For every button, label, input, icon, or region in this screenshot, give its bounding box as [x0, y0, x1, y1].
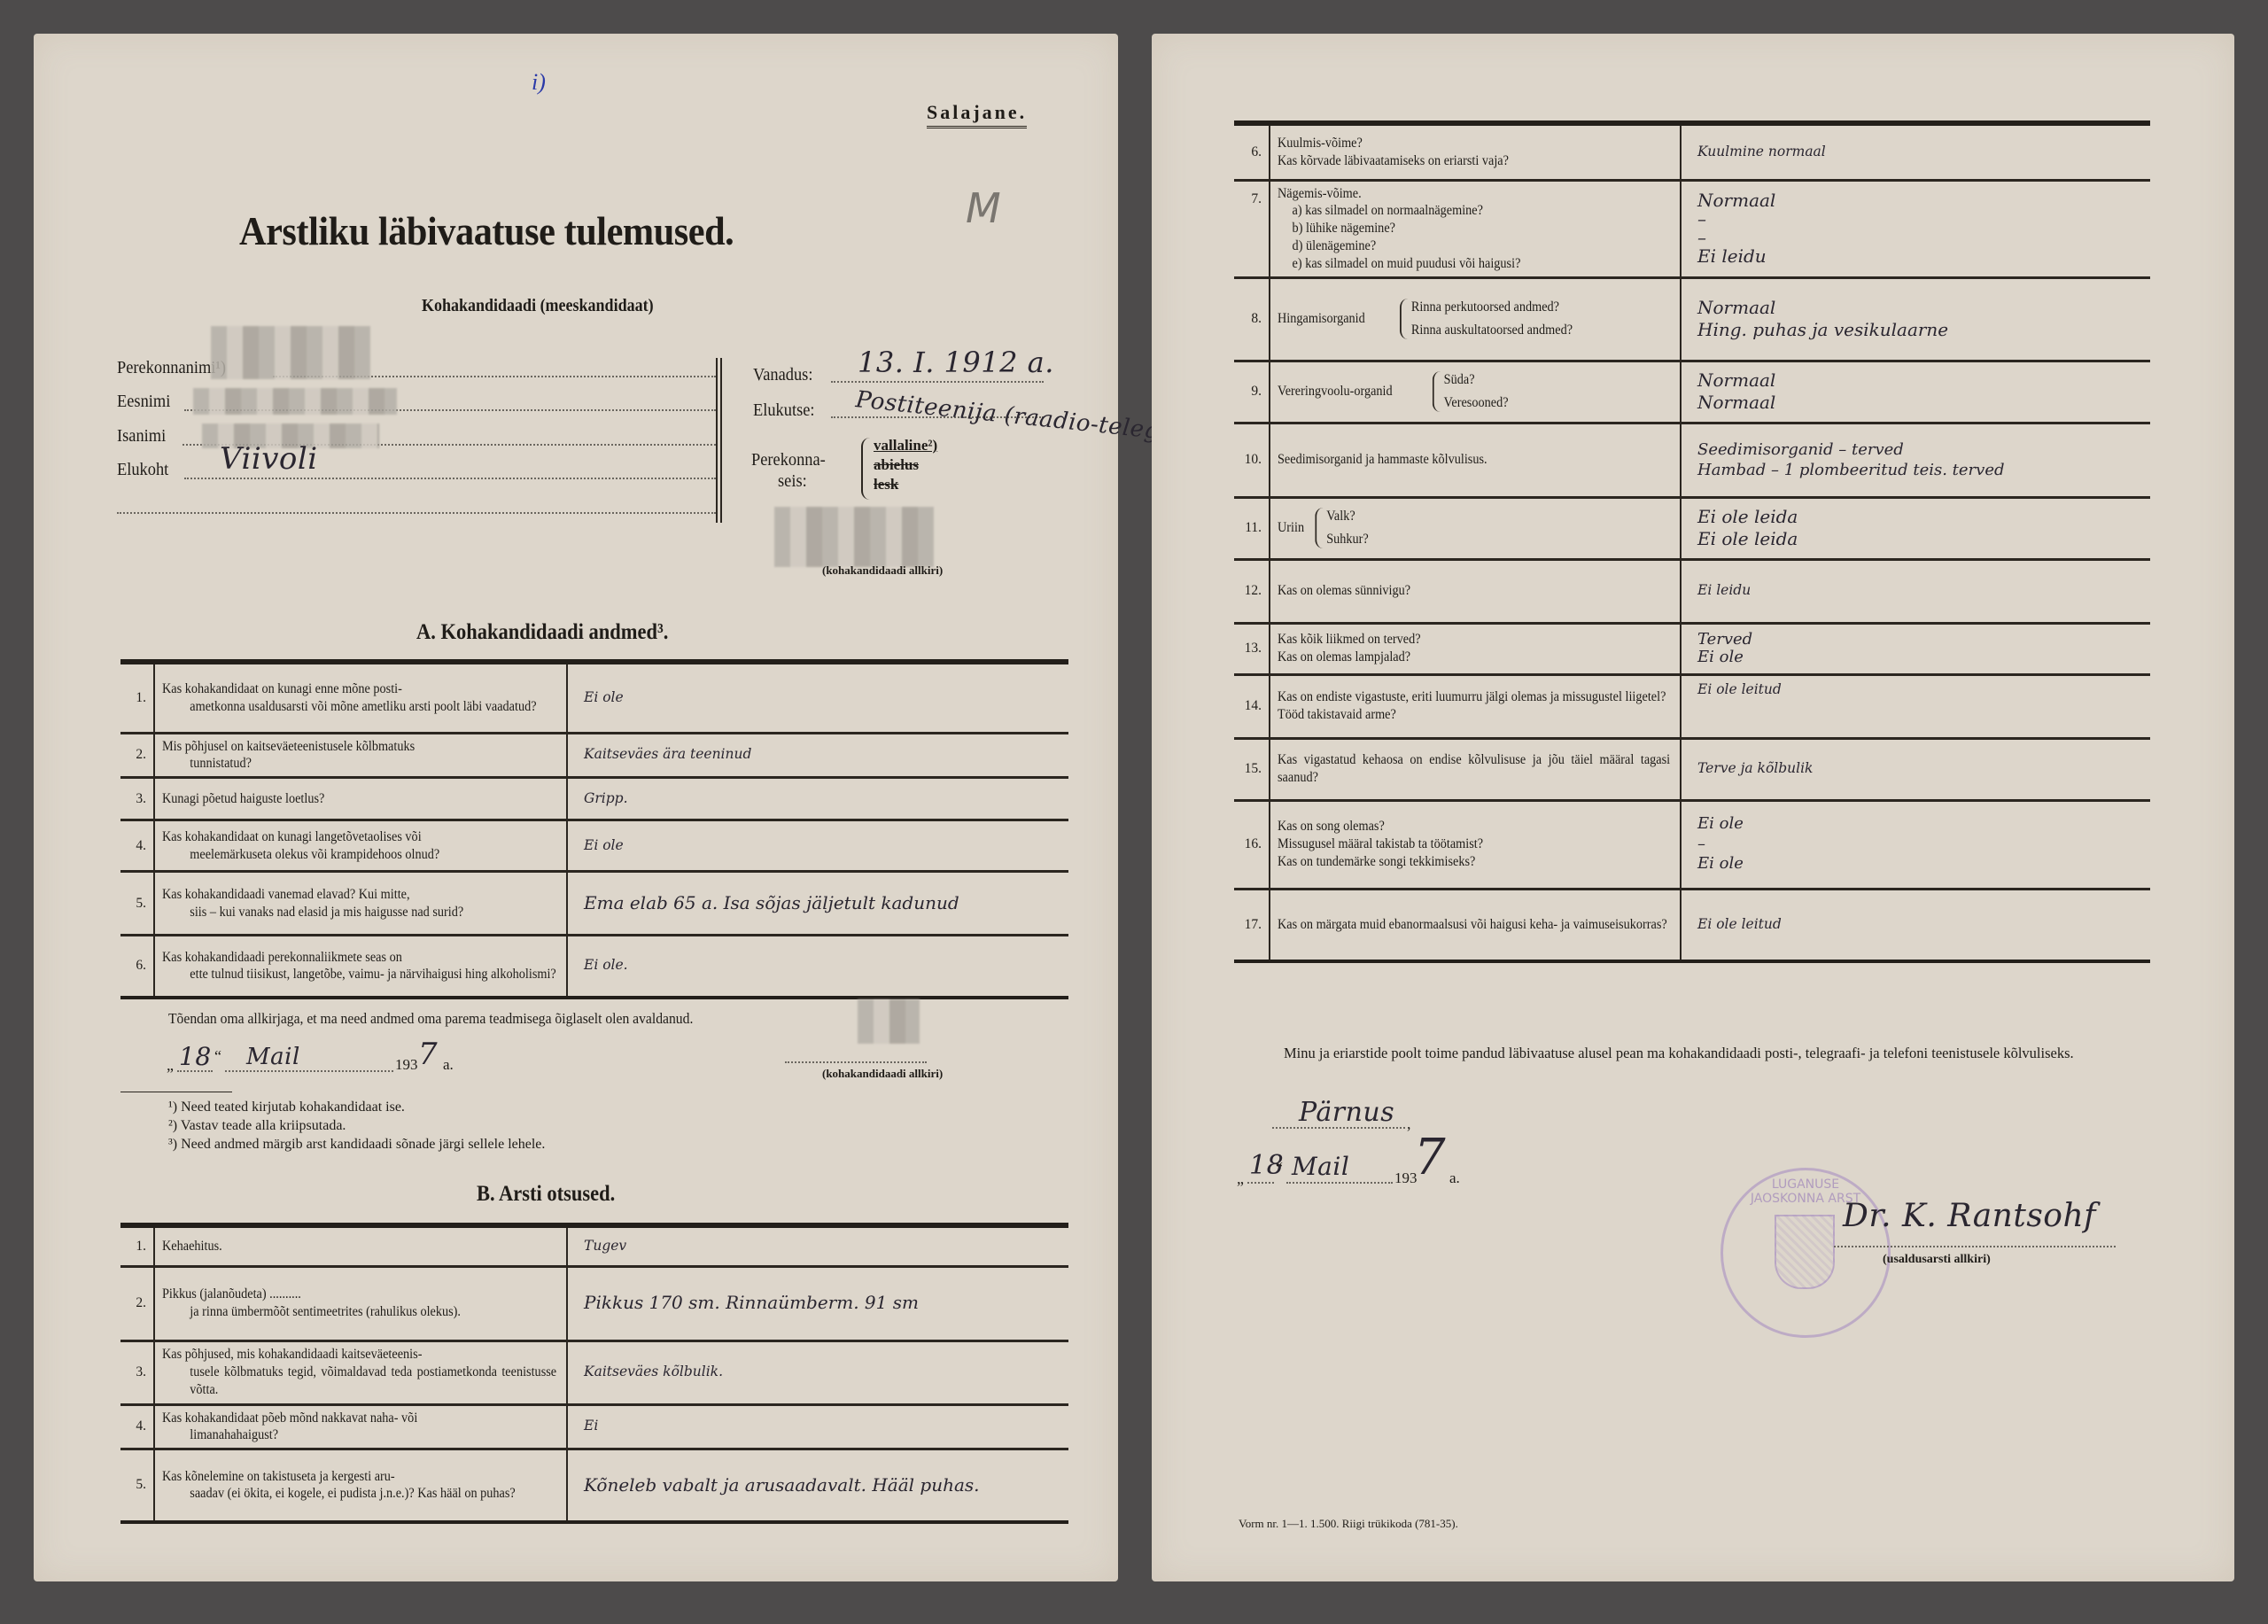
question-text: Nägemis-võime.: [1278, 185, 1670, 203]
row-number: 4.: [120, 820, 154, 872]
table-row: 1. Kas kohakandidaat on kunagi enne mõne…: [120, 662, 1068, 733]
question-text: Kas on tundemärke songi tekkimiseks?: [1278, 853, 1670, 871]
table-row: 16. Kas on song olemas? Missugusel määra…: [1234, 800, 2150, 889]
table-row: 2. Mis põhjusel on kaitseväeteenistusele…: [120, 733, 1068, 778]
residence-value: Viivoli: [220, 441, 318, 477]
table-row: 10. Seedimisorganid ja hammaste kõlvulis…: [1234, 423, 2150, 497]
question-text: Rinna perkutoorsed andmed?: [1411, 299, 1573, 316]
page-title: Arstliku läbivaatuse tulemused.: [239, 207, 734, 254]
date-suffix: a.: [443, 1056, 454, 1074]
row-number: 10.: [1234, 423, 1270, 497]
question-text: Kas on olemas lampjalad?: [1278, 649, 1670, 666]
doctor-signature: Dr. K. Rantsohf: [1843, 1198, 2096, 1234]
footnote-2: ²) Vastav teade alla kriipsutada.: [168, 1117, 545, 1136]
date-year-hand: 7: [1414, 1129, 1446, 1186]
question-text: Kunagi põetud haiguste loetlus?: [162, 791, 324, 806]
row-number: 3.: [120, 1340, 154, 1404]
question-text: Tööd takistavaid arme?: [1278, 706, 1670, 724]
answer-field[interactable]: Kaitseväes kõlbulik.: [567, 1340, 1068, 1404]
answer-field[interactable]: Kaitseväes ära teeninud: [567, 733, 1068, 778]
answer-field[interactable]: Terved: [1697, 631, 2143, 649]
place-value: Pärnus: [1299, 1097, 1394, 1128]
answer-field[interactable]: Ei ole.: [567, 936, 1068, 998]
answer-field[interactable]: Ei ole leida: [1697, 528, 2143, 551]
question-text-cont: tunnistatud?: [162, 755, 556, 773]
row-number: 11.: [1234, 497, 1270, 559]
question-text: Kas vigastatud kehaosa on endise kõlvuli…: [1278, 751, 1670, 787]
firstname-label: Eesnimi: [117, 392, 170, 412]
question-text: Kas põhjused, mis kohakandidaadi kaitsev…: [162, 1347, 422, 1362]
row-number: 7.: [1234, 180, 1270, 277]
table-row: 3. Kas põhjused, mis kohakandidaadi kait…: [120, 1340, 1068, 1404]
age-label: Vanadus:: [753, 365, 812, 385]
official-stamp: LUGANUSE JAOSKONNA ARST: [1720, 1168, 1891, 1338]
question-text-cont: meelemärkuseta olekus või krampidehoos o…: [162, 846, 556, 864]
fathersname-label: Isanimi: [117, 426, 166, 447]
question-text: Seedimisorganid ja hammaste kõlvulisus.: [1278, 451, 1670, 469]
marital-option-single[interactable]: vallaline²): [874, 436, 937, 455]
table-row: 1. Kehaehitus. Tugev: [120, 1225, 1068, 1266]
question-text: Valk?: [1326, 508, 1369, 525]
table-row: 5. Kas kõnelemine on takistuseta ja kerg…: [120, 1449, 1068, 1522]
footnote-3: ³) Need andmed märgib arst kandidaadi sõ…: [168, 1136, 545, 1154]
question-text: Kas on song olemas?: [1278, 818, 1670, 835]
blue-ink-mark: i): [532, 69, 546, 96]
question-text: Kas on endiste vigastuste, eriti luumurr…: [1278, 688, 1670, 706]
table-row: 4. Kas kohakandidaat on kunagi langetõve…: [120, 820, 1068, 872]
question-text: Pikkus (jalanõudeta) ..........: [162, 1286, 301, 1302]
marital-options: vallaline²) abielus lesk: [874, 436, 937, 494]
extra-line: [117, 512, 716, 514]
residence-label: Elukoht: [117, 460, 168, 480]
table-row: 7. Nägemis-võime. a) kas silmadel on nor…: [1234, 180, 2150, 277]
marital-option-widowed[interactable]: lesk: [874, 475, 937, 494]
table-row: 17. Kas on märgata muid ebanormaalsusi v…: [1234, 889, 2150, 961]
redacted-signature: [774, 507, 934, 567]
answer-field[interactable]: Normaal: [1697, 297, 2143, 320]
row-number: 13.: [1234, 623, 1270, 674]
table-row: 15. Kas vigastatud kehaosa on endise kõl…: [1234, 738, 2150, 800]
answer-field[interactable]: Ei ole: [1697, 854, 2143, 874]
answer-field[interactable]: –: [1697, 229, 2143, 247]
answer-field[interactable]: Ei: [567, 1404, 1068, 1449]
table-row: 13. Kas kõik liikmed on terved? Kas on o…: [1234, 623, 2150, 674]
table-row: 9. Vereringvoolu-organid Süda? Veresoone…: [1234, 361, 2150, 423]
question-text: Mis põhjusel on kaitseväeteenistusele kõ…: [162, 739, 415, 754]
question-text: Kas kõnelemine on takistuseta ja kergest…: [162, 1469, 395, 1484]
row-number: 9.: [1234, 361, 1270, 423]
question-text: Kas on märgata muid ebanormaalsusi või h…: [1278, 916, 1670, 934]
row-number: 3.: [120, 778, 154, 820]
answer-field[interactable]: Normaal: [1697, 191, 2143, 210]
table-row: 3. Kunagi põetud haiguste loetlus? Gripp…: [120, 778, 1068, 820]
occupation-label: Elukutse:: [753, 400, 815, 421]
redacted-firstname: [193, 388, 397, 415]
question-text: Suhkur?: [1326, 531, 1369, 548]
question-text-cont: saadav (ei ökita, ei kogele, ei pudista …: [162, 1485, 556, 1503]
question-text: Kas on olemas sünnivigu?: [1278, 582, 1670, 600]
row-number: 1.: [120, 1225, 154, 1266]
answer-field[interactable]: Terve ja kõlbulik: [1681, 738, 2150, 800]
section-a-table: 1. Kas kohakandidaat on kunagi enne mõne…: [120, 659, 1068, 999]
row-number: 14.: [1234, 674, 1270, 738]
residence-field: [184, 478, 716, 479]
group-label: Uriin: [1278, 519, 1315, 537]
question-text: Süda?: [1444, 371, 1509, 389]
pencil-mark: M: [966, 184, 1001, 232]
answer-field[interactable]: Ei ole: [1697, 649, 2143, 666]
candidate-signature-caption-2: (kohakandidaadi allkiri): [822, 1067, 943, 1081]
signature-line: [785, 1061, 927, 1063]
date-month: Mail: [246, 1044, 300, 1070]
row-number: 8.: [1234, 277, 1270, 361]
redacted-signature-2: [858, 999, 920, 1044]
group-label: Hingamisorganid: [1278, 310, 1400, 328]
table-row: 11. Uriin Valk? Suhkur? Ei ole leida Ei …: [1234, 497, 2150, 559]
question-text: Kas kohakandidaat põeb mõnd nakkavat nah…: [162, 1410, 417, 1426]
row-number: 1.: [120, 662, 154, 733]
footnote-rule: [120, 1092, 232, 1092]
answer-field[interactable]: Ei ole leitud: [1681, 889, 2150, 961]
question-text-cont: tusele kõlbmatuks tegid, võimaldavad ted…: [162, 1364, 556, 1399]
row-number: 6.: [1234, 123, 1270, 180]
table-row: 2. Pikkus (jalanõudeta) ..........ja rin…: [120, 1266, 1068, 1340]
right-page: 6. Kuulmis-võime? Kas kõrvade läbivaatam…: [1152, 34, 2234, 1581]
classification-label: Salajane.: [927, 101, 1027, 128]
row-number: 5.: [120, 872, 154, 936]
table-row: 8. Hingamisorganid Rinna perkutoorsed an…: [1234, 277, 2150, 361]
declaration-date: „ 18 “ Mail 193 7 a.: [167, 1047, 441, 1074]
page-subtitle: Kohakandidaadi (meeskandidaat): [422, 296, 654, 316]
brace: [861, 438, 870, 500]
row-number: 6.: [120, 936, 154, 998]
redacted-surname: [211, 326, 370, 379]
answer-field[interactable]: Seedimisorganid – terved: [1697, 439, 2143, 460]
row-number: 4.: [120, 1404, 154, 1449]
answer-field[interactable]: –: [1697, 835, 2143, 855]
date-suffix: a.: [1449, 1169, 1460, 1187]
section-a-heading: A. Kohakandidaadi andmed³.: [416, 620, 668, 645]
table-row: 4. Kas kohakandidaat põeb mõnd nakkavat …: [120, 1404, 1068, 1449]
question-text: d) ülenägemine?: [1278, 237, 1670, 255]
coat-of-arms-icon: [1775, 1215, 1835, 1289]
field-divider: [716, 358, 718, 523]
question-text-cont: limanahahaigust?: [162, 1426, 556, 1444]
table-row: 5. Kas kohakandidaadi vanemad elavad? Ku…: [120, 872, 1068, 936]
doctor-signature-line: [1834, 1246, 2116, 1247]
answer-field[interactable]: Gripp.: [567, 778, 1068, 820]
left-page: i) Salajane. M Arstliku läbivaatuse tule…: [34, 34, 1118, 1581]
footnotes: ¹) Need teated kirjutab kohakandidaat is…: [168, 1099, 545, 1154]
question-text-cont: ametkonna usaldusarsti või mõne ametliku…: [162, 698, 556, 716]
date-year-hand: 7: [418, 1037, 438, 1072]
candidate-signature-caption: (kohakandidaadi allkiri): [822, 563, 943, 578]
table-row: 6. Kas kohakandidaadi perekonnaliikmete …: [120, 936, 1068, 998]
answer-field[interactable]: Hing. puhas ja vesikulaarne: [1697, 319, 2143, 342]
question-text: Kehaehitus.: [162, 1239, 222, 1254]
answer-field[interactable]: Normaal: [1697, 369, 2143, 392]
question-text-cont: siis – kui vanaks nad elasid ja mis haig…: [162, 904, 556, 921]
question-text: Kas kohakandidaat on kunagi langetõvetao…: [162, 829, 422, 844]
answer-field[interactable]: Ei ole: [567, 820, 1068, 872]
question-text: Kas kohakandidaadi vanemad elavad? Kui m…: [162, 887, 410, 902]
answer-field[interactable]: Ei ole leida: [1697, 506, 2143, 529]
answer-field[interactable]: Kõneleb vabalt ja arusaadavalt. Hääl puh…: [567, 1449, 1068, 1522]
question-text: Rinna auskultatoorsed andmed?: [1411, 322, 1573, 339]
question-text: b) lühike nägemine?: [1278, 220, 1670, 237]
doctor-signature-caption: (usaldusarsti allkiri): [1883, 1253, 1991, 1267]
surname-label: Perekonnanimi¹): [117, 358, 226, 378]
answer-field[interactable]: Ei leidu: [1681, 559, 2150, 623]
declaration-text: Tõendan oma allkirjaga, et ma need andme…: [168, 1010, 693, 1028]
section-b-heading: B. Arsti otsused.: [477, 1182, 615, 1207]
question-text: Missugusel määral takistab ta töötamist?: [1278, 835, 1670, 853]
date-month: Mail: [1292, 1152, 1349, 1181]
conclusion-date: Pärnus , „ 18 “ Mail 193 7 a.: [1237, 1097, 1591, 1194]
answer-field[interactable]: Ema elab 65 a. Isa sõjas jäljetult kadun…: [567, 872, 1068, 936]
date-day: 18: [179, 1042, 212, 1071]
question-text: Kas kohakandidaadi perekonnaliikmete sea…: [162, 950, 402, 965]
row-number: 5.: [120, 1449, 154, 1522]
conclusion-text: Minu ja eriarstide poolt toime pandud lä…: [1234, 1044, 2150, 1062]
question-text: a) kas silmadel on normaalnägemine?: [1278, 202, 1670, 220]
exam-table: 6. Kuulmis-võime? Kas kõrvade läbivaatam…: [1234, 120, 2150, 963]
question-text: Kas kõik liikmed on terved?: [1278, 631, 1670, 649]
answer-field[interactable]: Ei ole leitud: [1681, 674, 2150, 738]
marital-label-2: seis:: [778, 471, 807, 492]
question-text: e) kas silmadel on muid puudusi või haig…: [1278, 255, 1670, 273]
table-row: 12. Kas on olemas sünnivigu? Ei leidu: [1234, 559, 2150, 623]
date-year-prefix: 193: [395, 1056, 418, 1074]
row-number: 2.: [120, 733, 154, 778]
row-number: 12.: [1234, 559, 1270, 623]
question-text-cont: ette tulnud tiisikust, langetõbe, vaimu-…: [162, 966, 556, 983]
table-row: 14. Kas on endiste vigastuste, eriti luu…: [1234, 674, 2150, 738]
row-number: 2.: [120, 1266, 154, 1340]
answer-field[interactable]: Pikkus 170 sm. Rinnaümberm. 91 sm: [567, 1266, 1068, 1340]
answer-field[interactable]: Tugev: [567, 1225, 1068, 1266]
answer-field[interactable]: Kuulmine normaal: [1681, 123, 2150, 180]
answer-field[interactable]: Hambad – 1 plombeeritud teis. terved: [1697, 460, 2143, 480]
row-number: 16.: [1234, 800, 1270, 889]
footnote-1: ¹) Need teated kirjutab kohakandidaat is…: [168, 1099, 545, 1117]
answer-field[interactable]: Normaal: [1697, 392, 2143, 415]
question-text-cont: ja rinna ümbermõõt sentimeetrites (rahul…: [162, 1303, 556, 1321]
marital-label-1: Perekonna-: [751, 450, 826, 470]
question-text: Kas kõrvade läbivaatamiseks on eriarsti …: [1278, 152, 1670, 170]
answer-field[interactable]: Ei leidu: [1697, 247, 2143, 266]
place-line: [1272, 1127, 1405, 1129]
answer-field[interactable]: –: [1697, 210, 2143, 229]
print-info: Vorm nr. 1—1. 1.500. Riigi trükikoda (78…: [1239, 1517, 1458, 1531]
answer-field[interactable]: Ei ole: [567, 662, 1068, 733]
table-row: 6. Kuulmis-võime? Kas kõrvade läbivaatam…: [1234, 123, 2150, 180]
group-label: Vereringvoolu-organid: [1278, 383, 1433, 400]
row-number: 15.: [1234, 738, 1270, 800]
question-text: Kuulmis-võime?: [1278, 135, 1670, 152]
row-number: 17.: [1234, 889, 1270, 961]
question-text: Kas kohakandidaat on kunagi enne mõne po…: [162, 681, 402, 696]
question-text: Veresooned?: [1444, 394, 1509, 412]
marital-option-married[interactable]: abielus: [874, 455, 937, 475]
age-value: 13. I. 1912 a.: [858, 346, 1054, 379]
section-b-table: 1. Kehaehitus. Tugev 2. Pikkus (jalanõud…: [120, 1223, 1068, 1524]
answer-field[interactable]: Ei ole: [1697, 814, 2143, 835]
age-field: [831, 381, 1044, 383]
